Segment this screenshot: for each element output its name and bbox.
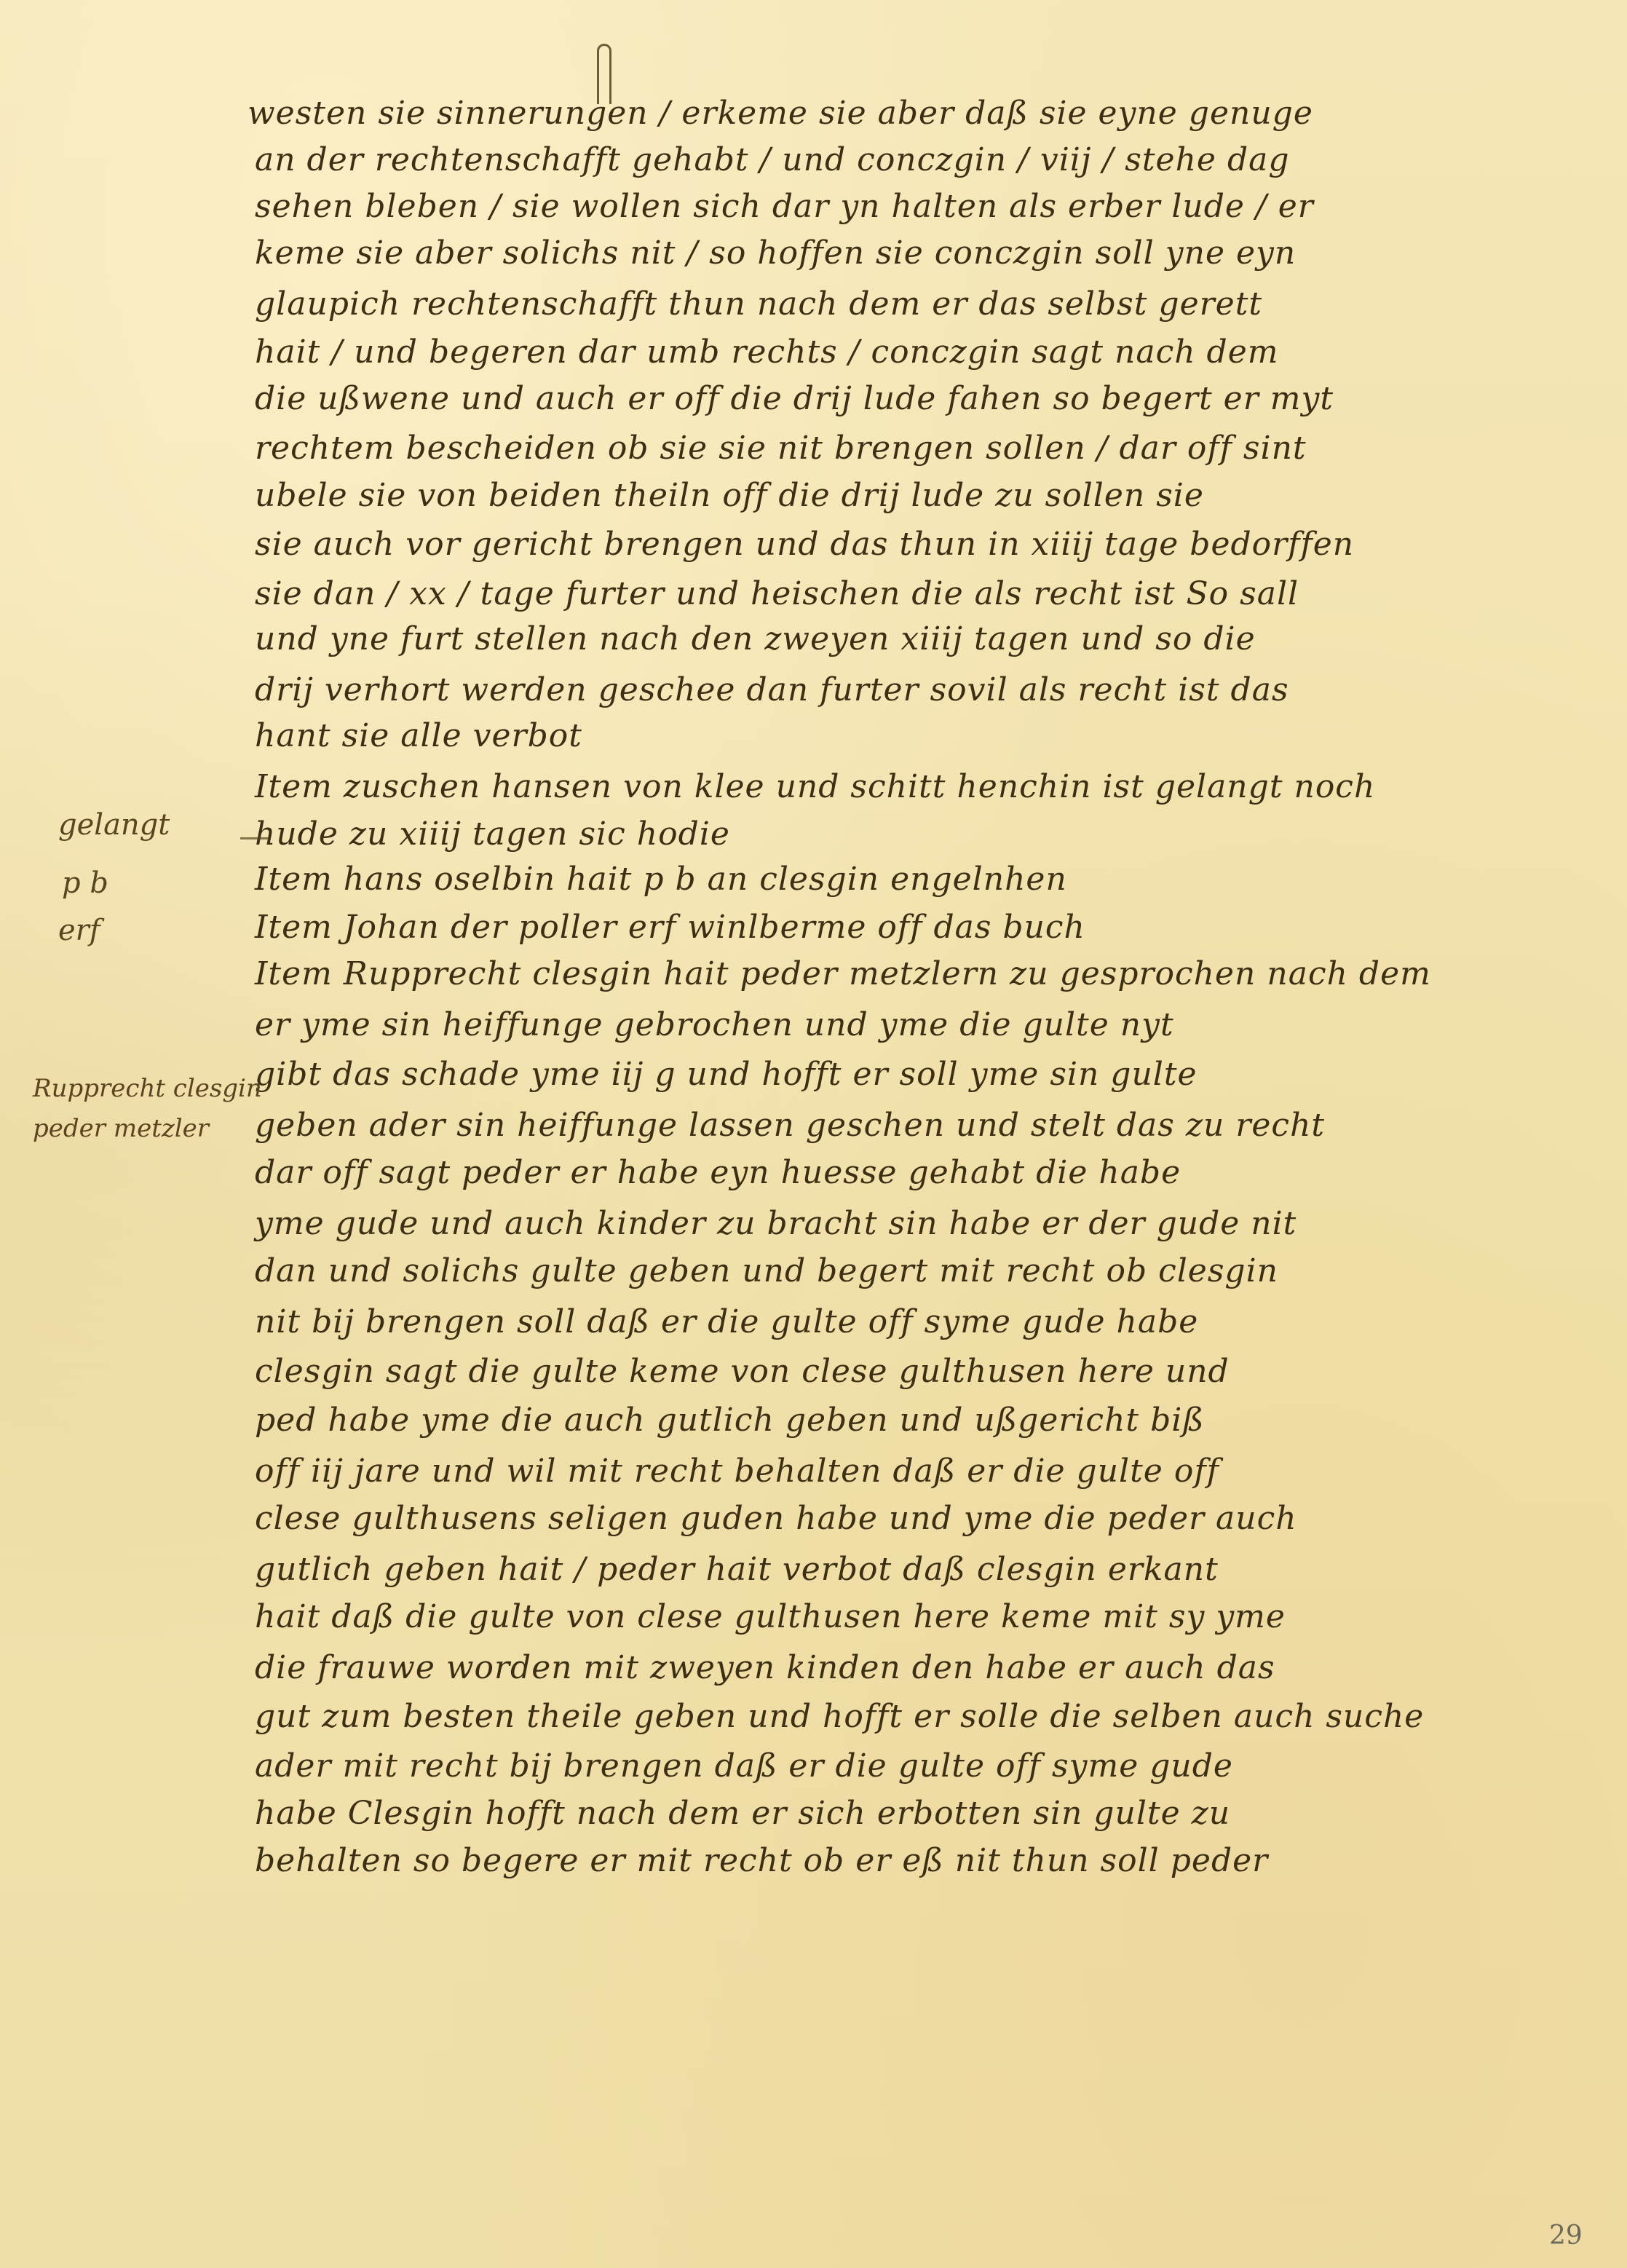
text-line: er yme sin heiffunge gebrochen und yme d… [255, 1006, 1174, 1043]
manuscript-page: westen sie sinnerungen / erkeme sie aber… [0, 0, 1627, 2268]
text-line: glaupich rechtenschafft thun nach dem er… [255, 285, 1262, 323]
text-line: Item Johan der poller erf winlberme off … [255, 909, 1085, 946]
text-line: geben ader sin heiffunge lassen geschen … [255, 1107, 1325, 1144]
margin-note: peder metzler [33, 1114, 209, 1143]
margin-connector-line [240, 837, 269, 839]
text-line: hude zu xiiij tagen sic hodie [255, 815, 730, 853]
text-line: clese gulthusens seligen guden habe und … [255, 1500, 1297, 1537]
text-line: sie auch vor gericht brengen und das thu… [255, 526, 1354, 563]
text-line: gibt das schade yme iij g und hofft er s… [255, 1056, 1198, 1093]
text-line: dar off sagt peder er habe eyn huesse ge… [255, 1154, 1181, 1191]
text-line: gutlich geben hait / peder hait verbot d… [255, 1551, 1219, 1588]
text-line: off iij jare und wil mit recht behalten … [255, 1453, 1219, 1490]
text-line: yme gude und auch kinder zu bracht sin h… [255, 1205, 1297, 1242]
text-line: nit bij brengen soll daß er die gulte of… [255, 1303, 1198, 1340]
text-line: Item Rupprecht clesgin hait peder metzle… [255, 955, 1431, 992]
text-line: ped habe yme die auch gutlich geben und … [255, 1402, 1205, 1439]
text-line: und yne furt stellen nach den zweyen xii… [255, 620, 1256, 657]
text-line: ader mit recht bij brengen daß er die gu… [255, 1747, 1233, 1785]
text-line: drij verhort werden geschee dan furter s… [255, 671, 1289, 708]
text-line: an der rechtenschafft gehabt / und concz… [255, 141, 1290, 178]
text-line: Item zuschen hansen von klee und schitt … [255, 768, 1375, 805]
margin-note: erf [58, 914, 100, 947]
text-line: hait daß die gulte von clese gulthusen h… [255, 1598, 1286, 1635]
text-line: behalten so begere er mit recht ob er eß… [255, 1842, 1268, 1879]
text-line: keme sie aber solichs nit / so hoffen si… [255, 234, 1296, 272]
text-line: gut zum besten theile geben und hofft er… [255, 1698, 1424, 1735]
text-line: sehen bleben / sie wollen sich dar yn ha… [255, 188, 1314, 225]
text-line: dan und solichs gulte geben und begert m… [255, 1252, 1278, 1289]
text-line: habe Clesgin hofft nach dem er sich erbo… [255, 1795, 1230, 1832]
text-line: die frauwe worden mit zweyen kinden den … [255, 1649, 1275, 1686]
margin-note: gelangt [58, 808, 170, 842]
margin-note: p b [62, 866, 108, 900]
text-line: Item hans oselbin hait p b an clesgin en… [255, 861, 1067, 898]
text-line: hait / und begeren dar umb rechts / conc… [255, 333, 1278, 371]
text-line: hant sie alle verbot [255, 717, 582, 754]
margin-note: Rupprecht clesgin [33, 1074, 262, 1103]
text-line: ubele sie von beiden theiln off die drij… [255, 477, 1204, 514]
text-line: sie dan / xx / tage furter und heischen … [255, 575, 1299, 612]
text-line: clesgin sagt die gulte keme von clese gu… [255, 1353, 1230, 1390]
text-line: rechtem bescheiden ob sie sie nit brenge… [255, 430, 1307, 467]
text-line: die ußwene und auch er off die drij lude… [255, 380, 1334, 417]
text-line: westen sie sinnerungen / erkeme sie aber… [248, 95, 1313, 132]
folio-number: 29 [1549, 2221, 1583, 2251]
